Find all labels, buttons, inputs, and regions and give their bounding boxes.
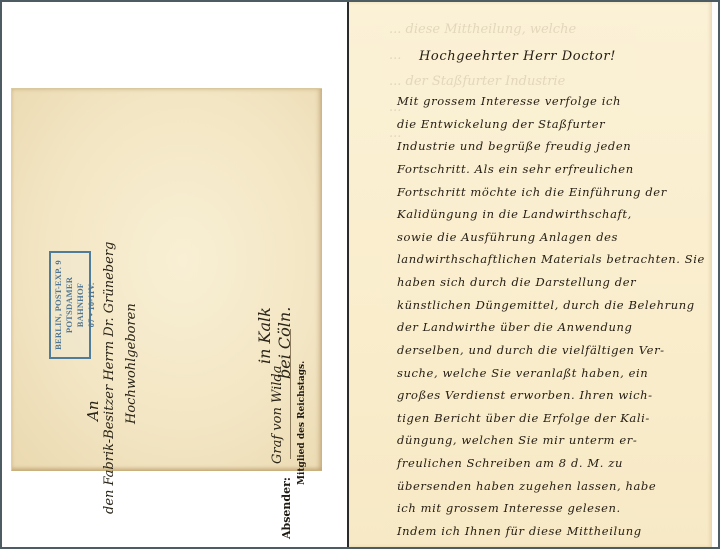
letter-line: Fortschritt möchte ich die Einführung de… bbox=[397, 185, 667, 199]
letter-line: großes Verdienst erworben. Ihren wich- bbox=[397, 388, 653, 402]
stamp-line-3: 07 • 10-11V. bbox=[86, 255, 97, 355]
letter-salutation: Hochgeehrter Herr Doctor! bbox=[419, 49, 616, 64]
sender-name: Graf von Wilda bbox=[270, 366, 285, 465]
recipient-line-2: den Fabrik-Besitzer Herrn Dr. Grüneberg bbox=[102, 242, 117, 514]
letter-line: haben sich durch die Darstellung der bbox=[397, 275, 636, 289]
letter-line: sowie die Ausführung Anlagen des bbox=[397, 230, 618, 244]
letter-line: tigen Bericht über die Erfolge der Kali- bbox=[397, 411, 650, 425]
recipient-line-1: An bbox=[84, 401, 102, 422]
recipient-line-3: Hochwohlgeboren bbox=[124, 303, 139, 424]
letter-line: landwirthschaftlichen Materials betracht… bbox=[397, 252, 705, 266]
letter-line: düngung, welchen Sie mir unterm er- bbox=[397, 433, 637, 447]
letter-line: künstlichen Düngemittel, durch die Beleh… bbox=[397, 298, 695, 312]
scan-frame: BERLIN, POST-EXP. 9 POTSDAMER BAHNHOF 07… bbox=[0, 0, 720, 549]
letter-line: Fortschritt. Als ein sehr erfreulichen bbox=[397, 162, 634, 176]
letter-line: ich mit grossem Interesse gelesen. bbox=[397, 501, 621, 515]
sender-signature-line bbox=[290, 329, 291, 459]
stamp-line-2: POTSDAMER BAHNHOF bbox=[64, 255, 86, 355]
letter-line: der Landwirthe über die Anwendung bbox=[397, 320, 632, 334]
letter-line: Mit grossem Interesse verfolge ich bbox=[397, 94, 621, 108]
envelope: BERLIN, POST-EXP. 9 POTSDAMER BAHNHOF 07… bbox=[11, 88, 322, 471]
letter-line: suche, welche Sie veranlaßt haben, ein bbox=[397, 366, 648, 380]
letter-line: Indem ich Ihnen für diese Mittheilung bbox=[397, 524, 642, 538]
recipient-city-line-1: in Kalk bbox=[255, 307, 274, 364]
letter-line: freulichen Schreiben am 8 d. M. zu bbox=[397, 456, 623, 470]
letter-line: die Entwickelung der Staßfurter bbox=[397, 117, 605, 131]
sender-label: Absender: bbox=[280, 477, 293, 539]
bleed-through-text: ... diese Mittheilung, welche ... ... de… bbox=[349, 22, 712, 152]
letter-line: derselben, und durch die vielfältigen Ve… bbox=[397, 343, 665, 357]
letter-line: Industrie und begrüße freudig jeden bbox=[397, 139, 631, 153]
postmark-stamp: BERLIN, POST-EXP. 9 POTSDAMER BAHNHOF 07… bbox=[49, 251, 91, 359]
sender-title: Mitglied des Reichstags. bbox=[297, 361, 307, 485]
letter-line: Kalidüngung in die Landwirthschaft, bbox=[397, 207, 632, 221]
letter-line: übersenden haben zugehen lassen, habe bbox=[397, 479, 656, 493]
letter-page: ... diese Mittheilung, welche ... ... de… bbox=[347, 2, 712, 547]
stamp-line-1: BERLIN, POST-EXP. 9 bbox=[53, 255, 64, 355]
